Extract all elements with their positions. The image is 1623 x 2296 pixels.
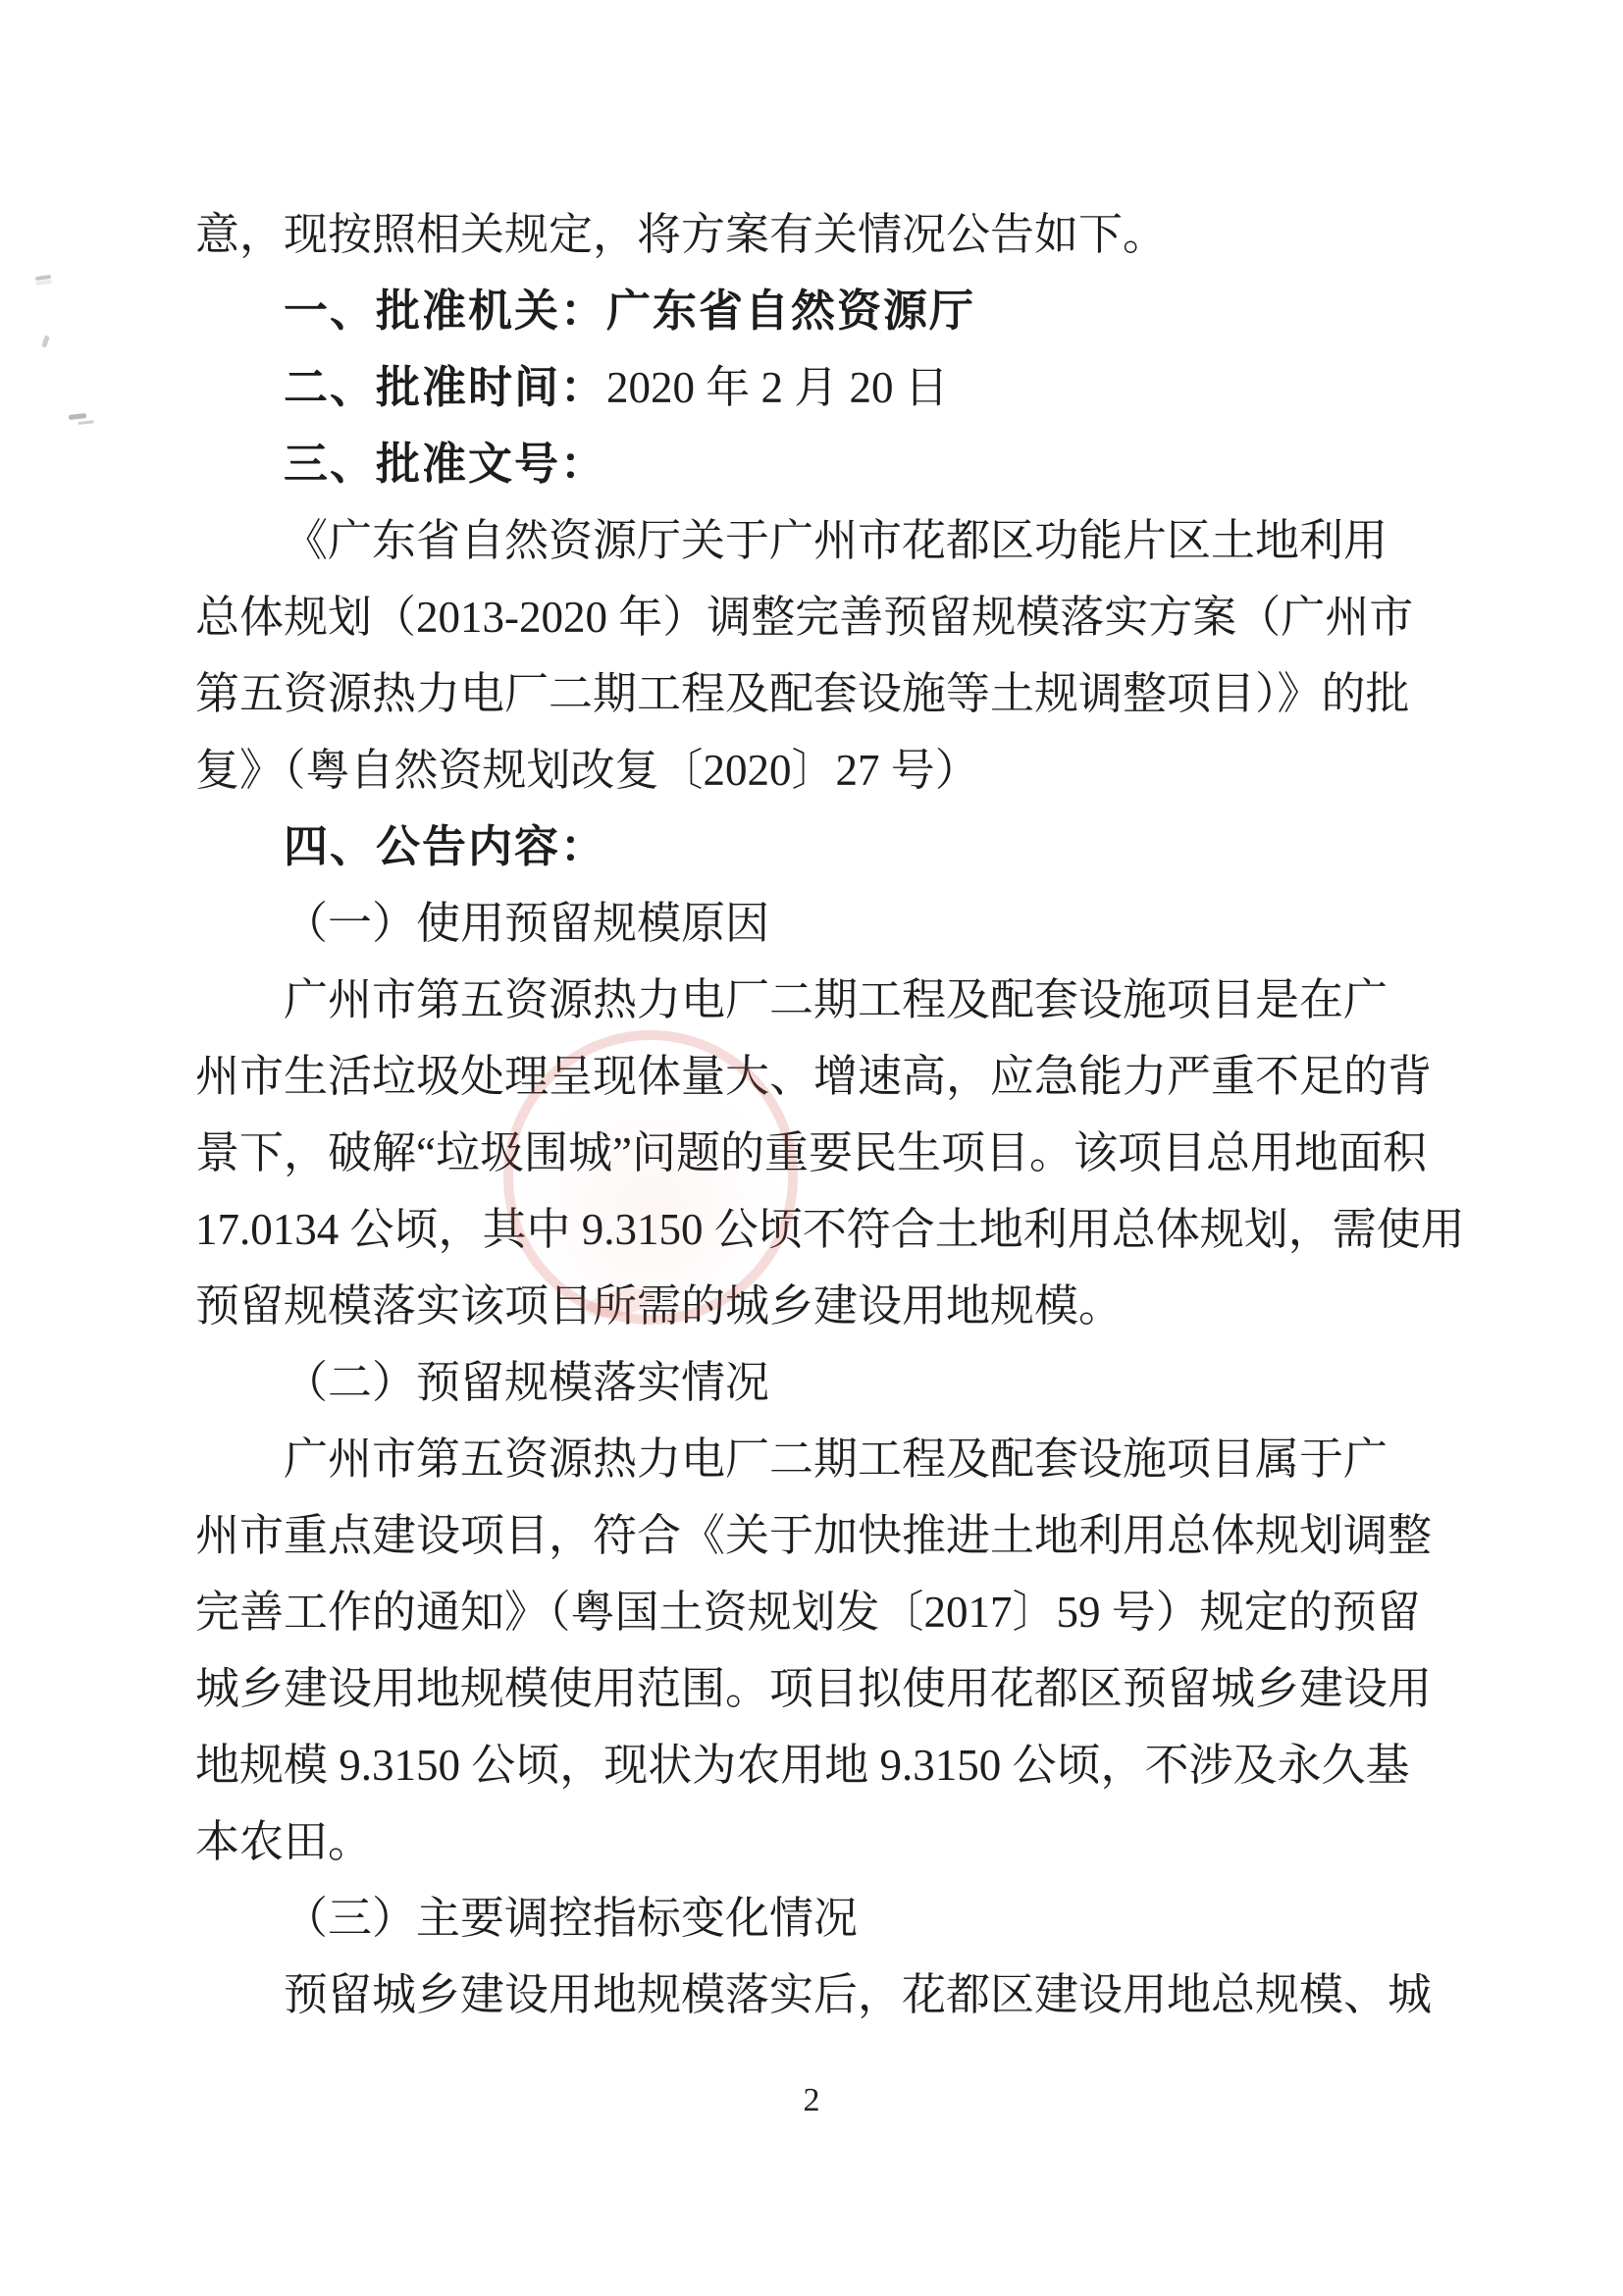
doc-line: 景下，破解“垃圾围城”问题的重要民生项目。该项目总用地面积 bbox=[195, 1115, 1471, 1191]
heading-label: 二、批准时间： bbox=[284, 362, 606, 412]
document-page: 意，现按照相关规定，将方案有关情况公告如下。 一、批准机关：广东省自然资源厅 二… bbox=[0, 0, 1623, 2296]
doc-line: 意，现按照相关规定，将方案有关情况公告如下。 bbox=[195, 196, 1471, 273]
doc-line: 州市重点建设项目，符合《关于加快推进土地利用总体规划调整 bbox=[195, 1497, 1471, 1574]
heading-approval-date: 二、批准时间：2020 年 2 月 20 日 bbox=[195, 349, 1471, 426]
heading-value: 2020 年 2 月 20 日 bbox=[606, 363, 949, 412]
doc-line: 地规模 9.3150 公顷，现状为农用地 9.3150 公顷，不涉及永久基 bbox=[195, 1727, 1471, 1803]
doc-line: 复》（粤自然资规划改复〔2020〕27 号） bbox=[195, 732, 1471, 809]
doc-line: 第五资源热力电厂二期工程及配套设施等土规调整项目）》的批 bbox=[195, 655, 1471, 732]
subheading-indicator-changes: （三）主要调控指标变化情况 bbox=[195, 1880, 1471, 1957]
heading-approval-number: 三、批准文号： bbox=[195, 426, 1471, 502]
doc-line: 州市生活垃圾处理呈现体量大、增速高，应急能力严重不足的背 bbox=[195, 1038, 1471, 1115]
subheading-reason: （一）使用预留规模原因 bbox=[195, 885, 1471, 962]
doc-line: 广州市第五资源热力电厂二期工程及配套设施项目是在广 bbox=[195, 962, 1471, 1038]
subheading-implementation: （二）预留规模落实情况 bbox=[195, 1344, 1471, 1421]
heading-approval-authority: 一、批准机关：广东省自然资源厅 bbox=[195, 273, 1471, 349]
doc-line: 预留规模落实该项目所需的城乡建设用地规模。 bbox=[195, 1268, 1471, 1344]
document-body: 意，现按照相关规定，将方案有关情况公告如下。 一、批准机关：广东省自然资源厅 二… bbox=[195, 196, 1471, 2033]
doc-line: 本农田。 bbox=[195, 1803, 1471, 1880]
scan-artifact bbox=[69, 413, 86, 420]
scan-artifact bbox=[35, 275, 51, 281]
doc-line: 17.0134 公顷，其中 9.3150 公顷不符合土地利用总体规划，需使用 bbox=[195, 1191, 1471, 1268]
doc-line: 总体规划（2013-2020 年）调整完善预留规模落实方案（广州市 bbox=[195, 579, 1471, 655]
scan-artifact bbox=[41, 336, 49, 348]
doc-line: 预留城乡建设用地规模落实后，花都区建设用地总规模、城 bbox=[195, 1957, 1471, 2033]
doc-line: 城乡建设用地规模使用范围。项目拟使用花都区预留城乡建设用 bbox=[195, 1650, 1471, 1727]
doc-line: 完善工作的通知》（粤国土资规划发〔2017〕59 号）规定的预留 bbox=[195, 1574, 1471, 1650]
heading-announcement-content: 四、公告内容： bbox=[195, 809, 1471, 885]
page-number: 2 bbox=[0, 2082, 1623, 2119]
doc-line: 《广东省自然资源厅关于广州市花都区功能片区土地利用 bbox=[195, 502, 1471, 579]
doc-line: 广州市第五资源热力电厂二期工程及配套设施项目属于广 bbox=[195, 1421, 1471, 1497]
